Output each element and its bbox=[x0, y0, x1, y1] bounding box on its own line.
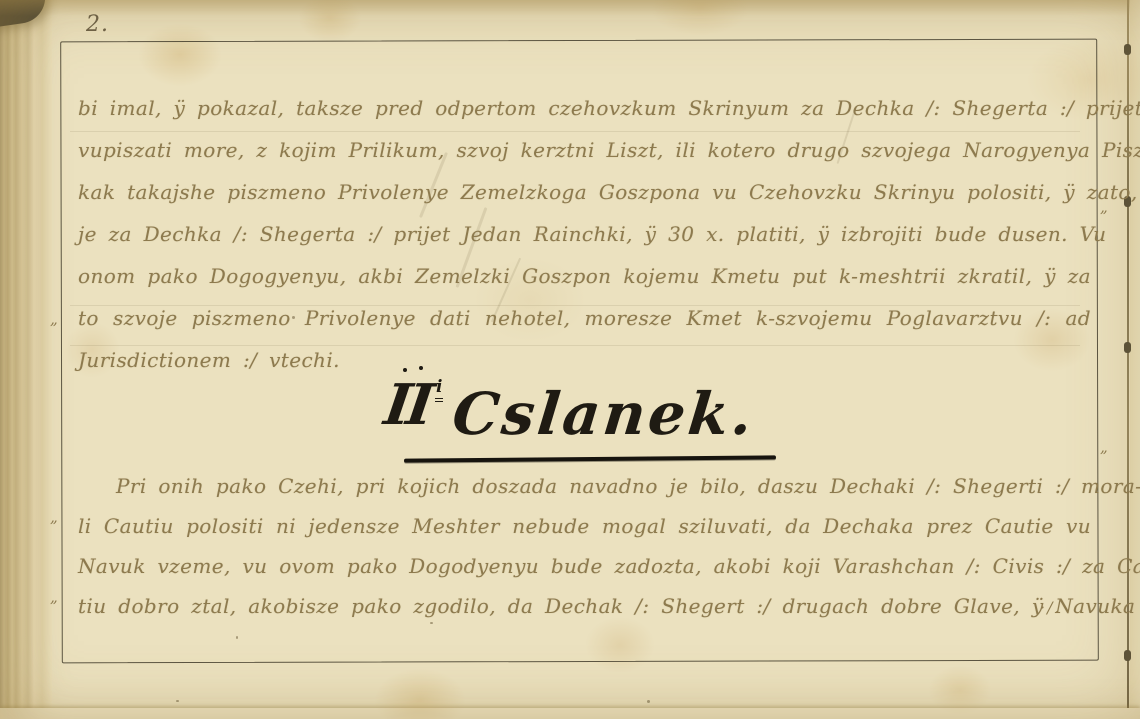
handwritten-line: bi imal, ÿ pokazal, taksze pred odpertom… bbox=[78, 96, 1091, 138]
top-edge-shadow bbox=[0, 0, 1140, 16]
underlying-page-edge bbox=[0, 708, 1140, 719]
paragraph-end-mark: ·/. bbox=[1040, 598, 1062, 617]
book-page-edges-left bbox=[0, 0, 52, 719]
handwritten-line: je za Dechka /: Shegerta :/ prijet Jedan… bbox=[78, 222, 1091, 264]
section-heading-inner: IIiCslanek. bbox=[385, 372, 756, 448]
handwritten-line: onom pako Dogogyenyu, akbi Zemelzki Gosz… bbox=[78, 264, 1091, 306]
handwritten-line: li Cautiu polositi ni jedensze Meshter n… bbox=[78, 506, 1091, 546]
left-margin-mark: „ bbox=[50, 310, 58, 328]
section-heading: IIiCslanek. bbox=[0, 372, 1140, 448]
right-margin-mark: „ bbox=[1100, 198, 1108, 216]
stitch-knot bbox=[1124, 650, 1131, 661]
handwritten-line: tiu dobro ztal, akobisze pako zgodilo, d… bbox=[78, 586, 1091, 626]
heading-title-word: Cslanek. bbox=[450, 380, 759, 448]
ink-speck bbox=[176, 700, 179, 702]
handwritten-line: to szvoje piszmeno Privolenye dati nehot… bbox=[78, 306, 1091, 348]
right-margin-mark: „ bbox=[1100, 438, 1108, 456]
left-margin-mark: „ bbox=[50, 588, 58, 606]
handwritten-line: kak takajshe piszmeno Privolenye Zemelzk… bbox=[78, 180, 1091, 222]
heading-roman-numeral: II bbox=[380, 372, 434, 438]
left-margin-mark: „ bbox=[50, 508, 58, 526]
handwritten-line: Pri onih pako Czehi, pri kojich doszada … bbox=[78, 466, 1091, 506]
paragraph-1: bi imal, ÿ pokazal, taksze pred odpertom… bbox=[78, 96, 1091, 390]
ink-dot bbox=[419, 366, 423, 370]
handwritten-line: Navuk vzeme, vu ovom pako Dogodyenyu bud… bbox=[78, 546, 1091, 586]
manuscript-scan: 2. bi imal, ÿ pokazal, taksze pred odper… bbox=[0, 0, 1140, 719]
ink-speck bbox=[647, 700, 650, 703]
page-number: 2. bbox=[86, 12, 109, 37]
handwritten-line: vupiszati more, z kojim Prilikum, szvoj … bbox=[78, 138, 1091, 180]
paragraph-2: Pri onih pako Czehi, pri kojich doszada … bbox=[78, 466, 1091, 626]
stitch-knot bbox=[1124, 44, 1131, 55]
heading-ordinal-superscript: i bbox=[435, 377, 443, 402]
stitch-knot bbox=[1124, 342, 1131, 353]
